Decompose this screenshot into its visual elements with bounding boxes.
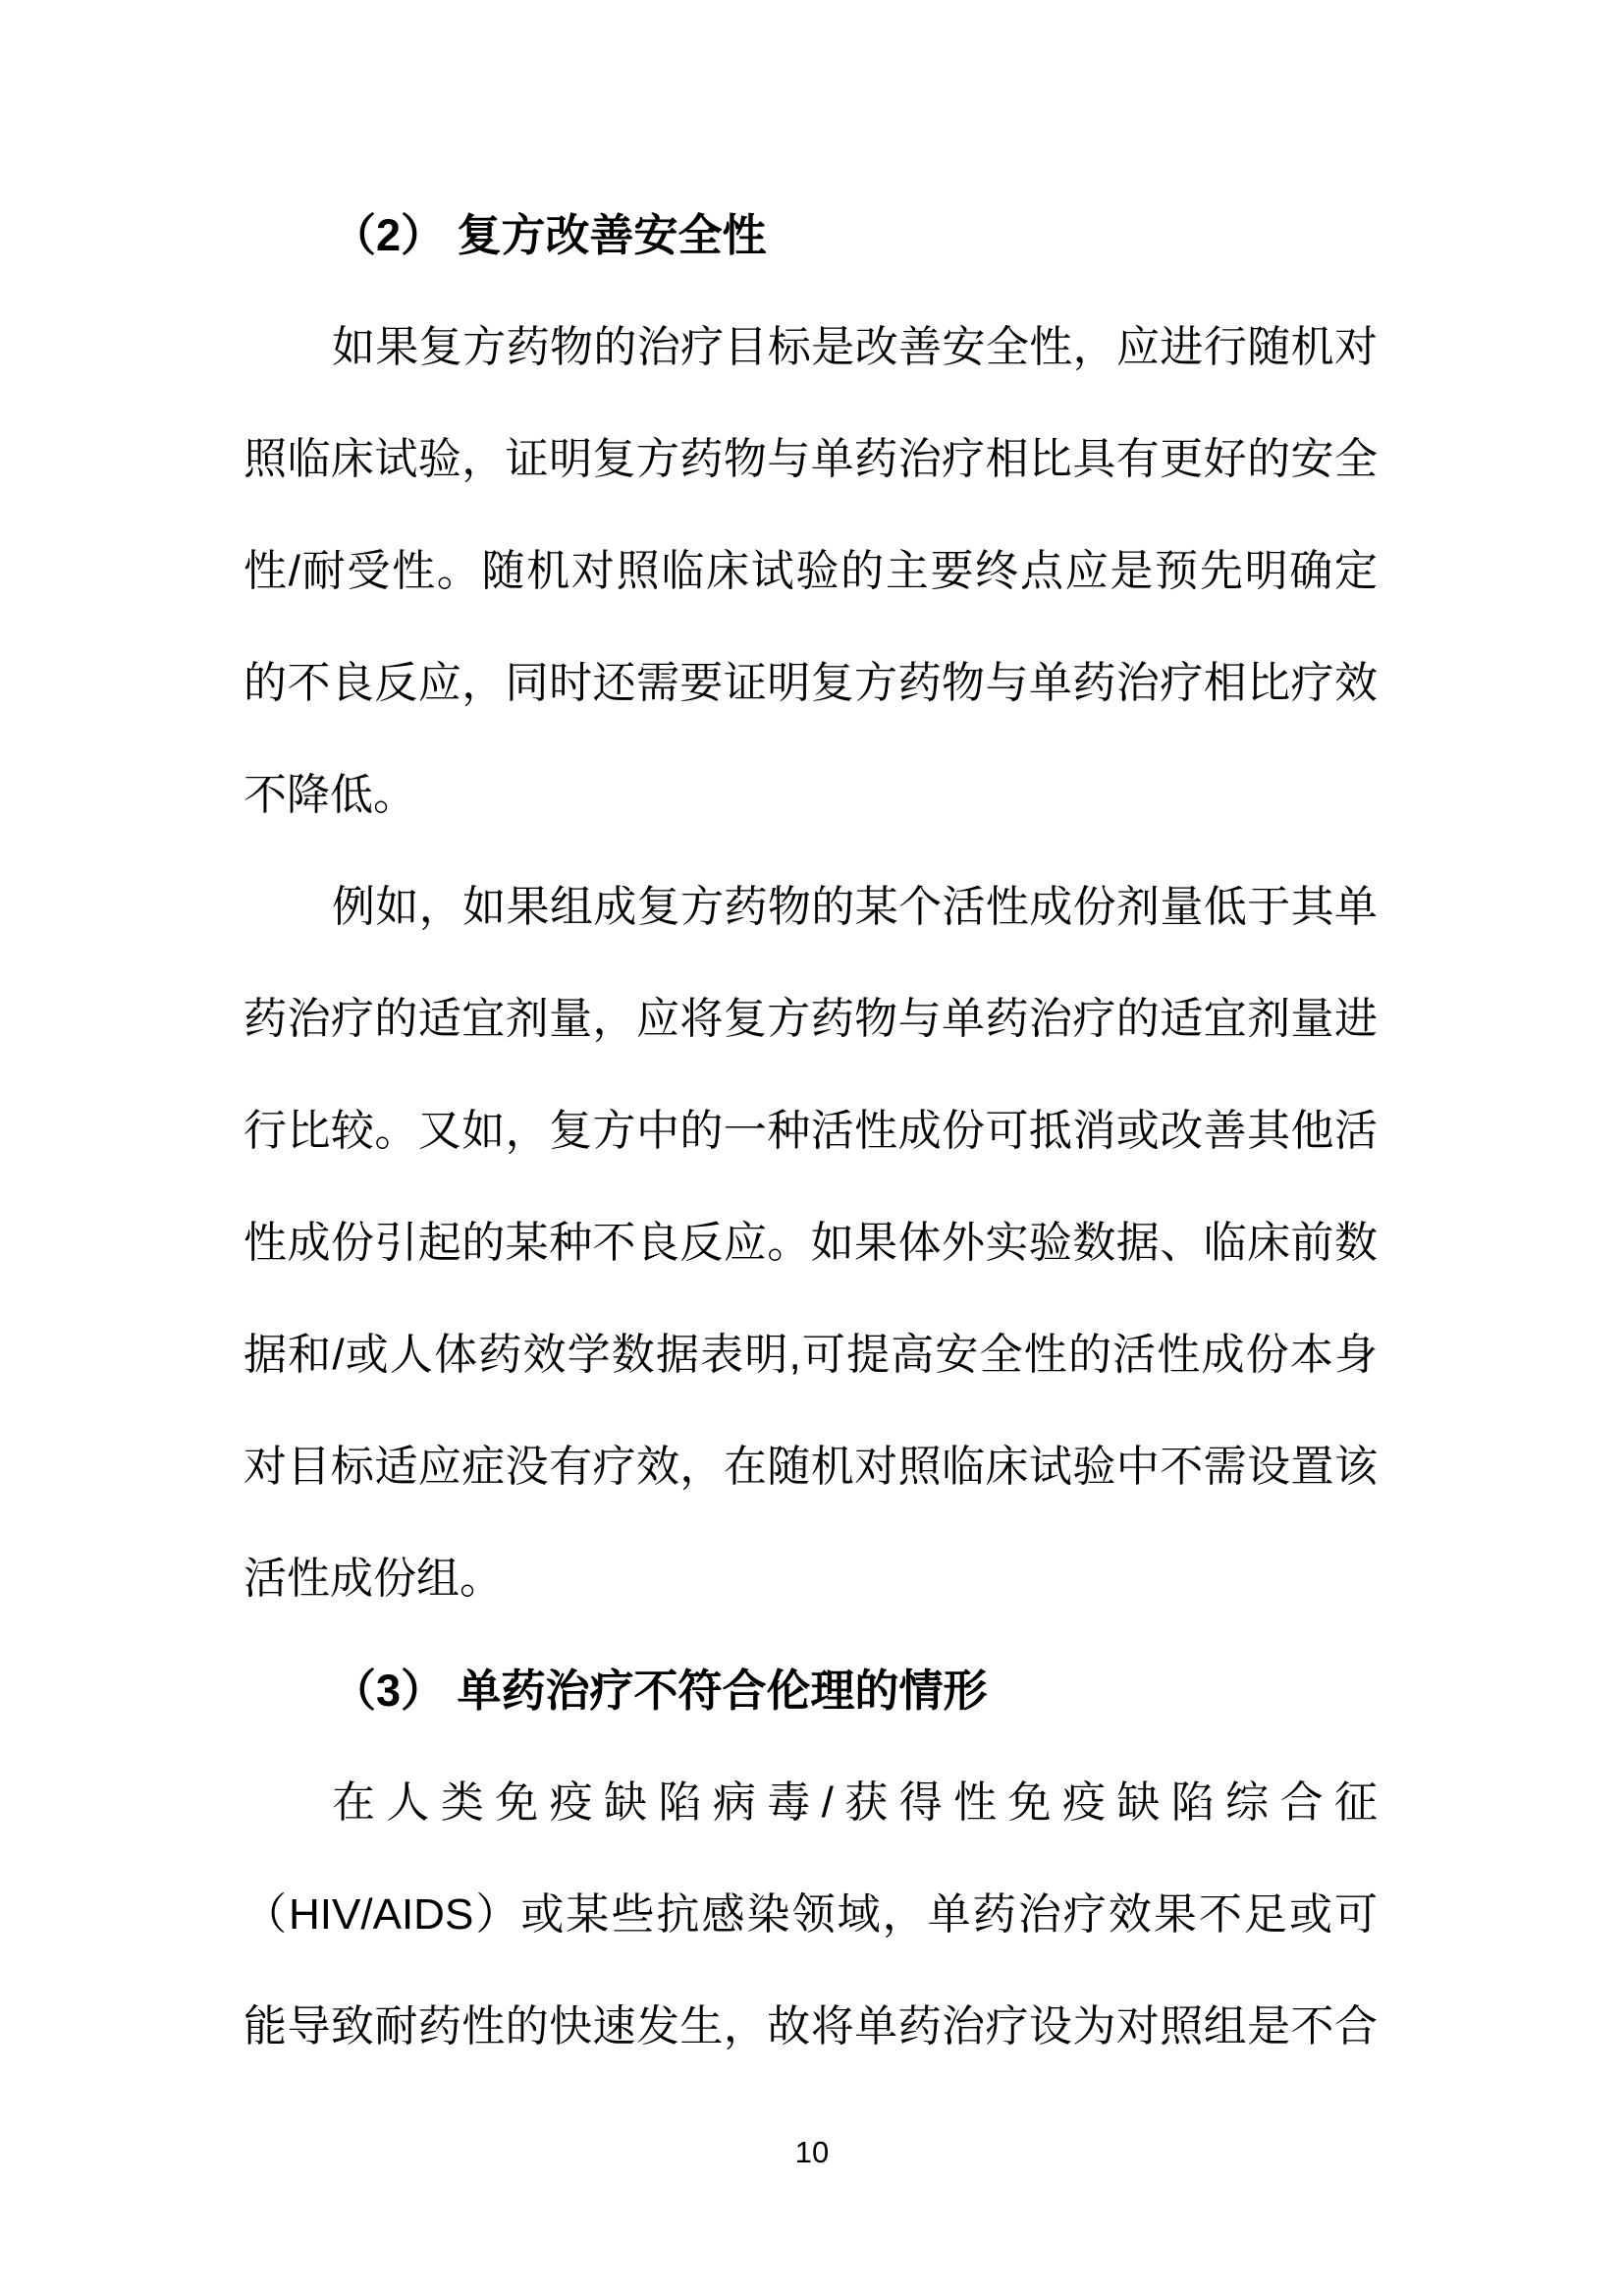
section-heading-2: （2） 复方改善安全性: [244, 180, 1378, 292]
paragraph-line: 能导致耐药性的快速发生，故将单药治疗设为对照组是不合: [244, 1971, 1378, 2083]
page-number: 10: [0, 2137, 1624, 2167]
paragraph-line: 药治疗的适宜剂量，应将复方药物与单药治疗的适宜剂量进: [244, 963, 1378, 1075]
paragraph-line: 如果复方药物的治疗目标是改善安全性，应进行随机对: [244, 292, 1378, 404]
paragraph-line: 的不良反应，同时还需要证明复方药物与单药治疗相比疗效: [244, 628, 1378, 739]
document-page: （2） 复方改善安全性 如果复方药物的治疗目标是改善安全性，应进行随机对 照临床…: [0, 0, 1624, 2296]
paragraph-3: 在人类免疫缺陷病毒/获得性免疫缺陷综合征 （HIV/AIDS）或某些抗感染领域，…: [244, 1747, 1378, 2083]
paragraph-line: （HIV/AIDS）或某些抗感染领域，单药治疗效果不足或可: [244, 1859, 1378, 1971]
paragraph-line: 性/耐受性。随机对照临床试验的主要终点应是预先明确定义: [244, 516, 1378, 628]
paragraph-line: 行比较。又如，复方中的一种活性成份可抵消或改善其他活: [244, 1075, 1378, 1187]
paragraph-line: 活性成份组。: [244, 1523, 1378, 1635]
section-heading-3: （3） 单药治疗不符合伦理的情形: [244, 1635, 1378, 1747]
paragraph-2: 例如，如果组成复方药物的某个活性成份剂量低于其单 药治疗的适宜剂量，应将复方药物…: [244, 851, 1378, 1635]
paragraph-line: 例如，如果组成复方药物的某个活性成份剂量低于其单: [244, 851, 1378, 963]
paragraph-line: 照临床试验，证明复方药物与单药治疗相比具有更好的安全: [244, 404, 1378, 516]
paragraph-line: 据和/或人体药效学数据表明,可提高安全性的活性成份本身: [244, 1299, 1378, 1411]
paragraph-line: 对目标适应症没有疗效，在随机对照临床试验中不需设置该: [244, 1411, 1378, 1523]
document-body: （2） 复方改善安全性 如果复方药物的治疗目标是改善安全性，应进行随机对 照临床…: [244, 180, 1378, 2083]
paragraph-1: 如果复方药物的治疗目标是改善安全性，应进行随机对 照临床试验，证明复方药物与单药…: [244, 292, 1378, 851]
paragraph-line: 性成份引起的某种不良反应。如果体外实验数据、临床前数: [244, 1187, 1378, 1299]
paragraph-line: 在人类免疫缺陷病毒/获得性免疫缺陷综合征: [244, 1747, 1378, 1859]
paragraph-line: 不降低。: [244, 739, 1378, 851]
